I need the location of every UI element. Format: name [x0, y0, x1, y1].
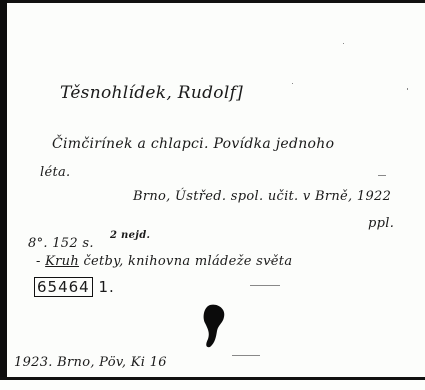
- illustrations-note: 2 nejd.: [110, 230, 150, 241]
- imprint-continuation: ppl.: [368, 216, 394, 231]
- scan-speck: [407, 88, 408, 90]
- scan-speck: [343, 43, 344, 44]
- footer-note: 1923. Brno, Pöv, Ki 16: [14, 355, 167, 370]
- scan-bottom-margin: [0, 380, 425, 390]
- imprint-line: Brno, Ústřed. spol. učit. v Brně, 1922: [133, 189, 391, 204]
- scan-speck: [232, 355, 260, 356]
- scan-speck: [292, 83, 293, 84]
- scan-speck: [250, 285, 280, 286]
- scan-border-left: [0, 0, 7, 390]
- series-prefix: -: [36, 254, 41, 269]
- call-number-suffix: 1.: [99, 278, 115, 296]
- scan-speck: [268, 260, 274, 261]
- call-number-line: 65464 1.: [34, 278, 115, 296]
- catalog-card-scan: Těsnohlídek, Rudolf] Čimčirínek a chlapc…: [0, 0, 425, 390]
- title-line-2: léta.: [40, 165, 70, 180]
- ink-blot: [202, 303, 226, 349]
- author-heading: Těsnohlídek, Rudolf]: [60, 83, 243, 103]
- series-line: - Kruh četby, knihovna mládeže světa: [36, 254, 292, 269]
- title-line-1: Čimčirínek a chlapci. Povídka jednoho: [52, 136, 334, 152]
- series-rest: četby, knihovna mládeže světa: [83, 254, 292, 269]
- scan-speck: [378, 175, 386, 176]
- format-pages: 8°. 152 s.: [28, 236, 94, 251]
- series-name-underlined: Kruh: [45, 254, 79, 269]
- scan-border-top: [0, 0, 425, 3]
- call-number-bracketed: 65464: [34, 277, 93, 297]
